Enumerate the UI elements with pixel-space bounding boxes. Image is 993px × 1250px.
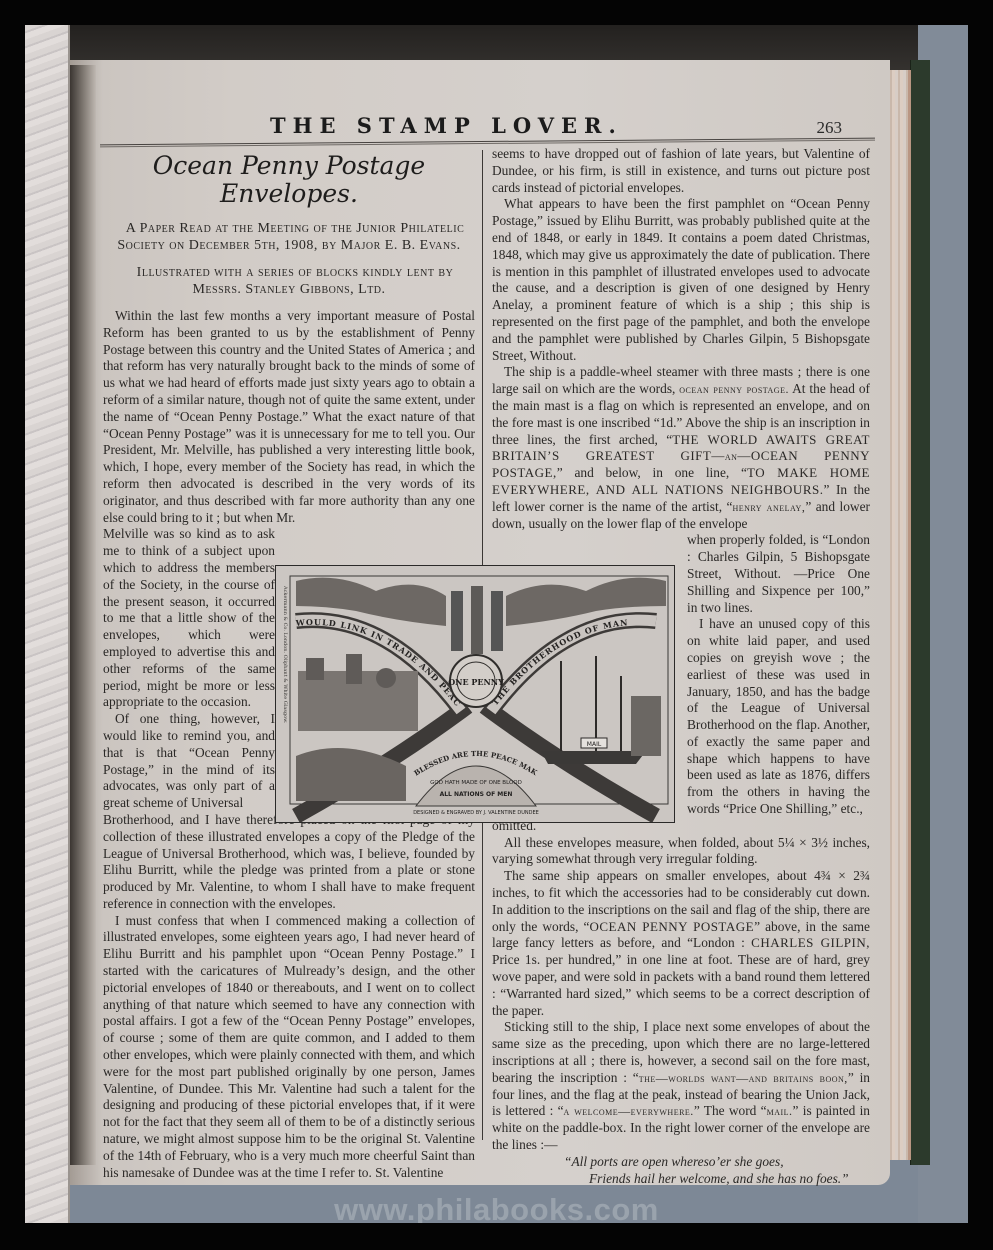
text-run-small-caps: ocean penny postage.	[679, 382, 789, 396]
paragraph: Within the last few months a very import…	[103, 308, 475, 526]
article-title-line-1: Ocean Penny Postage	[103, 152, 475, 180]
paragraph: I must confess that when I commenced mak…	[103, 913, 475, 1182]
paragraph-wrap: Of one thing, however, I would like to r…	[103, 711, 275, 812]
envelope-illustration: WOULD LINK IN TRADE AND PEACE THE BROTHE…	[275, 565, 675, 823]
side-imprint-text: Ackermann & Co. London. Oliphant & White…	[282, 585, 288, 724]
text-run-small-caps: mail.	[767, 1104, 793, 1118]
book-page: THE STAMP LOVER. 263 Ocean Penny Postage…	[70, 60, 890, 1185]
text-run-small-caps: the—worlds want—and britains boon,	[639, 1071, 848, 1085]
article-credit: Illustrated with a series of blocks kind…	[103, 264, 475, 298]
paragraph: The ship is a paddle-wheel steamer with …	[492, 364, 870, 532]
text-run: Price 1s. per hundred,” in one line at f…	[492, 952, 870, 1017]
paragraph-wrap: I have an unused copy of this on white l…	[687, 616, 870, 818]
paddle-box-text: MAIL	[587, 741, 602, 748]
text-run-small-caps: henry anelay,	[732, 500, 805, 514]
text-run-caps: CHARLES GILPIN,	[751, 935, 870, 950]
paragraph: Sticking still to the ship, I place next…	[492, 1019, 870, 1153]
watermark: www.philabooks.com	[25, 1192, 968, 1223]
paragraph: What appears to have been the first pamp…	[492, 196, 870, 364]
text-run-small-caps: a welcome—everywhere.	[564, 1104, 694, 1118]
poem-line: “All ports are open whereso’er she goes,	[492, 1154, 870, 1171]
text-run-caps: OCEAN PENNY POSTAGE	[589, 919, 754, 934]
text-run: ” The word “	[694, 1103, 767, 1118]
book-photo: THE STAMP LOVER. 263 Ocean Penny Postage…	[25, 25, 968, 1223]
page-number: 263	[817, 118, 843, 138]
book-cover-edge	[910, 60, 930, 1165]
globe-text-2: ALL NATIONS OF MEN	[440, 791, 513, 798]
facing-page-edge	[25, 25, 70, 1223]
running-header: THE STAMP LOVER. 263	[100, 105, 870, 145]
paragraph-wrap: Melville was so kind as to ask me to thi…	[103, 526, 275, 711]
envelope-engraving-icon: WOULD LINK IN TRADE AND PEACE THE BROTHE…	[276, 566, 675, 823]
seal-text: ONE PENNY	[448, 677, 504, 687]
poem-line: Friends hail her welcome, and she has no…	[492, 1171, 870, 1188]
paragraph: All these envelopes measure, when folded…	[492, 835, 870, 869]
globe-text-1: GOD HATH MADE OF ONE BLOOD	[430, 780, 522, 786]
page-stack-edge	[887, 70, 911, 1160]
paragraph: Brotherhood, and I have therefore placed…	[103, 812, 475, 913]
imprint-text: DESIGNED & ENGRAVED BY J. VALENTINE DUND…	[413, 810, 539, 816]
paragraph-wrap: when properly folded, is “London : Charl…	[687, 532, 870, 616]
paragraph: seems to have dropped out of fashion of …	[492, 146, 870, 196]
running-title: THE STAMP LOVER.	[270, 113, 623, 138]
text-run-small-caps: an	[725, 449, 738, 463]
paragraph: The same ship appears on smaller envelop…	[492, 868, 870, 1019]
gutter-shadow	[70, 65, 96, 1165]
article-title: Ocean Penny Postage Envelopes.	[103, 152, 475, 208]
article-subtitle: A Paper Read at the Meeting of the Junio…	[103, 220, 475, 254]
article-title-line-2: Envelopes.	[103, 180, 475, 208]
text-run: ” and below, in one line, “	[557, 465, 747, 480]
